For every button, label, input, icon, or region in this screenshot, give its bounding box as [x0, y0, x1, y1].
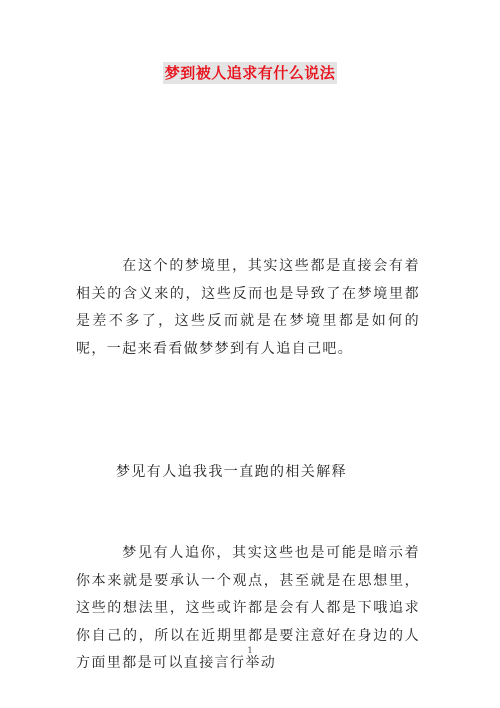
- title-container: 梦到被人追求有什么说法: [0, 62, 500, 84]
- page-number: 1: [0, 646, 500, 655]
- section-heading: 梦见有人追我我一直跑的相关解释: [116, 462, 347, 482]
- document-page: 梦到被人追求有什么说法 在这个的梦境里，其实这些都是直接会有着相关的含义来的，这…: [0, 0, 500, 708]
- intro-paragraph-text: 在这个的梦境里，其实这些都是直接会有着相关的含义来的，这些反而也是导致了在梦境里…: [76, 258, 420, 357]
- section-paragraph: 梦见有人追你，其实这些也是可能是暗示着你本来就是要承认一个观点，甚至就是在思想里…: [76, 540, 420, 678]
- intro-paragraph: 在这个的梦境里，其实这些都是直接会有着相关的含义来的，这些反而也是导致了在梦境里…: [76, 253, 420, 363]
- document-title: 梦到被人追求有什么说法: [163, 62, 338, 84]
